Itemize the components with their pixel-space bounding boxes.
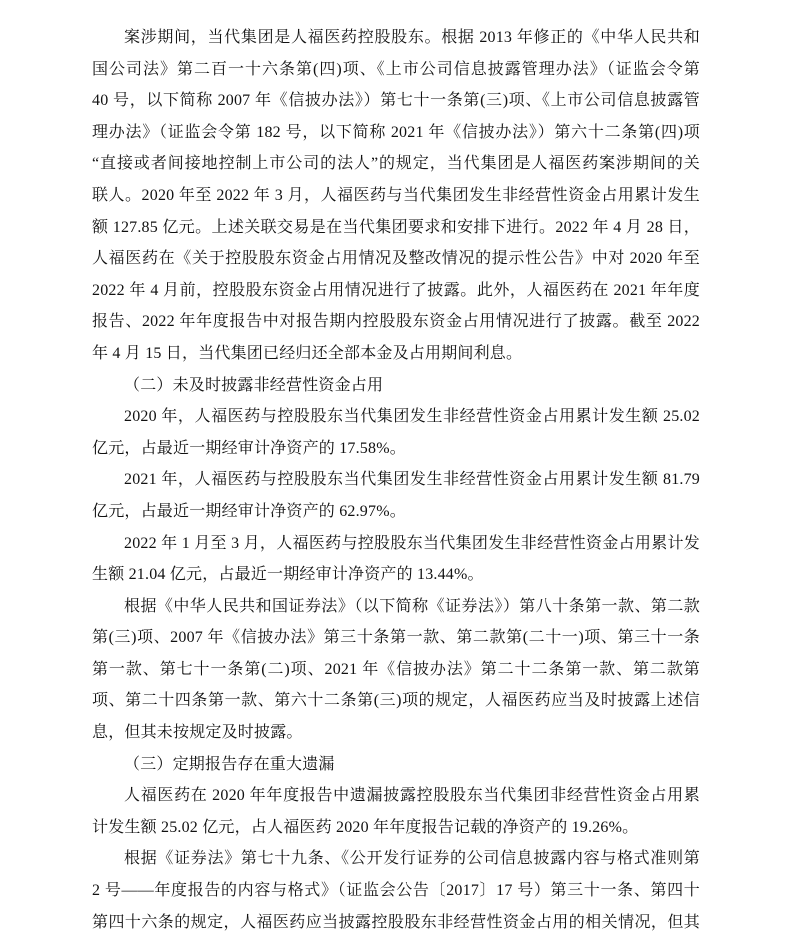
- document-page: 案涉期间，当代集团是人福医药控股股东。根据 2013 年修正的《中华人民共和国公…: [0, 0, 785, 945]
- document-line: 计发生额 25.02 亿元，占人福医药 2020 年年度报告记载的净资产的 19…: [92, 812, 700, 844]
- document-line: 2021 年，人福医药与控股股东当代集团发生非经营性资金占用累计发生额 81.7…: [92, 464, 700, 496]
- document-line: 亿元，占最近一期经审计净资产的 62.97%。: [92, 496, 700, 528]
- document-line: 40 号，以下简称 2007 年《信披办法》）第七十一条第(三)项、《上市公司信…: [92, 85, 700, 117]
- document-line: “直接或者间接地控制上市公司的法人”的规定，当代集团是人福医药案涉期间的关: [92, 148, 700, 180]
- document-line: 根据《中华人民共和国证券法》（以下简称《证券法》）第八十条第一款、第二款: [92, 591, 700, 623]
- document-line: 报告、2022 年年度报告中对报告期内控股股东资金占用情况进行了披露。截至 20…: [92, 306, 700, 338]
- document-line: 根据《证券法》第七十九条、《公开发行证券的公司信息披露内容与格式准则第: [92, 843, 700, 875]
- document-line: 额 127.85 亿元。上述关联交易是在当代集团要求和安排下进行。2022 年 …: [92, 212, 700, 244]
- section-heading: （二）未及时披露非经营性资金占用: [92, 370, 700, 402]
- document-line: 2020 年，人福医药与控股股东当代集团发生非经营性资金占用累计发生额 25.0…: [92, 401, 700, 433]
- document-line: 2022 年 4 月前，控股股东资金占用情况进行了披露。此外，人福医药在 202…: [92, 275, 700, 307]
- document-line: 第一款、第七十一条第(二)项、2021 年《信披办法》第二十二条第一款、第二款第…: [92, 654, 700, 686]
- document-line: 第(三)项、2007 年《信披办法》第三十条第一款、第二款第(二十一)项、第三十…: [92, 622, 700, 654]
- document-line: 息，但其未按规定及时披露。: [92, 717, 700, 749]
- section-heading: （三）定期报告存在重大遗漏: [92, 749, 700, 781]
- document-line: 人福医药在《关于控股股东资金占用情况及整改情况的提示性公告》中对 2020 年至: [92, 243, 700, 275]
- document-line: 第四十六条的规定，人福医药应当披露控股股东非经营性资金占用的相关情况，但其: [92, 907, 700, 939]
- document-line: 案涉期间，当代集团是人福医药控股股东。根据 2013 年修正的《中华人民共和: [92, 22, 700, 54]
- text-block: 案涉期间，当代集团是人福医药控股股东。根据 2013 年修正的《中华人民共和国公…: [92, 22, 700, 938]
- document-line: 国公司法》第二百一十六条第(四)项、《上市公司信息披露管理办法》（证监会令第: [92, 54, 700, 86]
- document-line: 联人。2020 年至 2022 年 3 月，人福医药与当代集团发生非经营性资金占…: [92, 180, 700, 212]
- document-line: 2 号——年度报告的内容与格式》（证监会公告〔2017〕17 号）第三十一条、第…: [92, 875, 700, 907]
- document-line: 人福医药在 2020 年年度报告中遗漏披露控股股东当代集团非经营性资金占用累: [92, 780, 700, 812]
- document-line: 2022 年 1 月至 3 月，人福医药与控股股东当代集团发生非经营性资金占用累…: [92, 528, 700, 560]
- document-line: 亿元，占最近一期经审计净资产的 17.58%。: [92, 433, 700, 465]
- document-line: 项、第二十四条第一款、第六十二条第(三)项的规定，人福医药应当及时披露上述信: [92, 685, 700, 717]
- document-line: 生额 21.04 亿元，占最近一期经审计净资产的 13.44%。: [92, 559, 700, 591]
- document-line: 年 4 月 15 日，当代集团已经归还全部本金及占用期间利息。: [92, 338, 700, 370]
- document-line: 理办法》（证监会令第 182 号，以下简称 2021 年《信披办法》）第六十二条…: [92, 117, 700, 149]
